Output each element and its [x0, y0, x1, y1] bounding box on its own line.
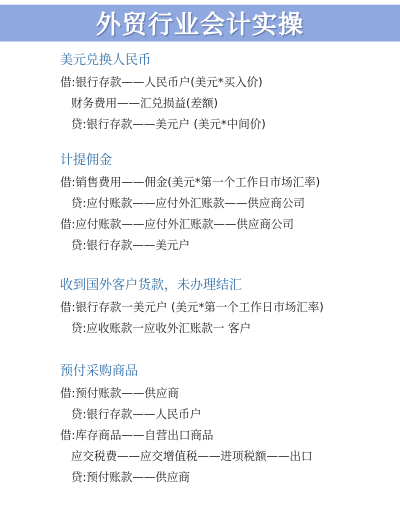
entry-line: 贷:银行存款——美元户	[60, 235, 320, 256]
entry-line: 借:银行存款——人民币户(美元*买入价)	[60, 72, 266, 93]
section-heading: 预付采购商品	[60, 361, 313, 383]
entry-line: 应交税费——应交增值税——进项税额——出口	[60, 446, 313, 467]
entry-line: 借:库存商品——自营出口商品	[60, 425, 313, 446]
entry-line: 贷:预付账款——供应商	[60, 467, 313, 488]
title-banner: 外贸行业会计实操	[0, 4, 400, 42]
page-title: 外贸行业会计实操	[96, 5, 304, 41]
entry-line: 贷:银行存款——人民币户	[60, 404, 313, 425]
entry-line: 贷:应付账款——应付外汇账款——供应商公司	[60, 193, 320, 214]
section-heading: 收到国外客户货款，未办理结汇	[60, 275, 324, 297]
entry-line: 贷:银行存款——美元户 (美元*中间价)	[60, 114, 266, 135]
entry-line: 贷:应收账款一应收外汇账款一 客户	[60, 318, 324, 339]
entry-line: 财务费用——汇兑损益(差额)	[60, 93, 266, 114]
entry-line: 借:银行存款一美元户 (美元*第一个工作日市场汇率)	[60, 297, 324, 318]
entry-line: 借:预付账款——供应商	[60, 383, 313, 404]
entry-line: 借:销售费用——佣金(美元*第一个工作日市场汇率)	[60, 172, 320, 193]
section-usd-to-rmb: 美元兑换人民币 借:银行存款——人民币户(美元*买入价) 财务费用——汇兑损益(…	[60, 50, 266, 135]
section-foreign-receipt: 收到国外客户货款，未办理结汇 借:银行存款一美元户 (美元*第一个工作日市场汇率…	[60, 275, 324, 339]
section-prepaid-purchase: 预付采购商品 借:预付账款——供应商 贷:银行存款——人民币户 借:库存商品——…	[60, 361, 313, 488]
section-commission: 计提佣金 借:销售费用——佣金(美元*第一个工作日市场汇率) 贷:应付账款——应…	[60, 150, 320, 256]
entry-line: 借:应付账款——应付外汇账款——供应商公司	[60, 214, 320, 235]
section-heading: 美元兑换人民币	[60, 50, 266, 72]
section-heading: 计提佣金	[60, 150, 320, 172]
